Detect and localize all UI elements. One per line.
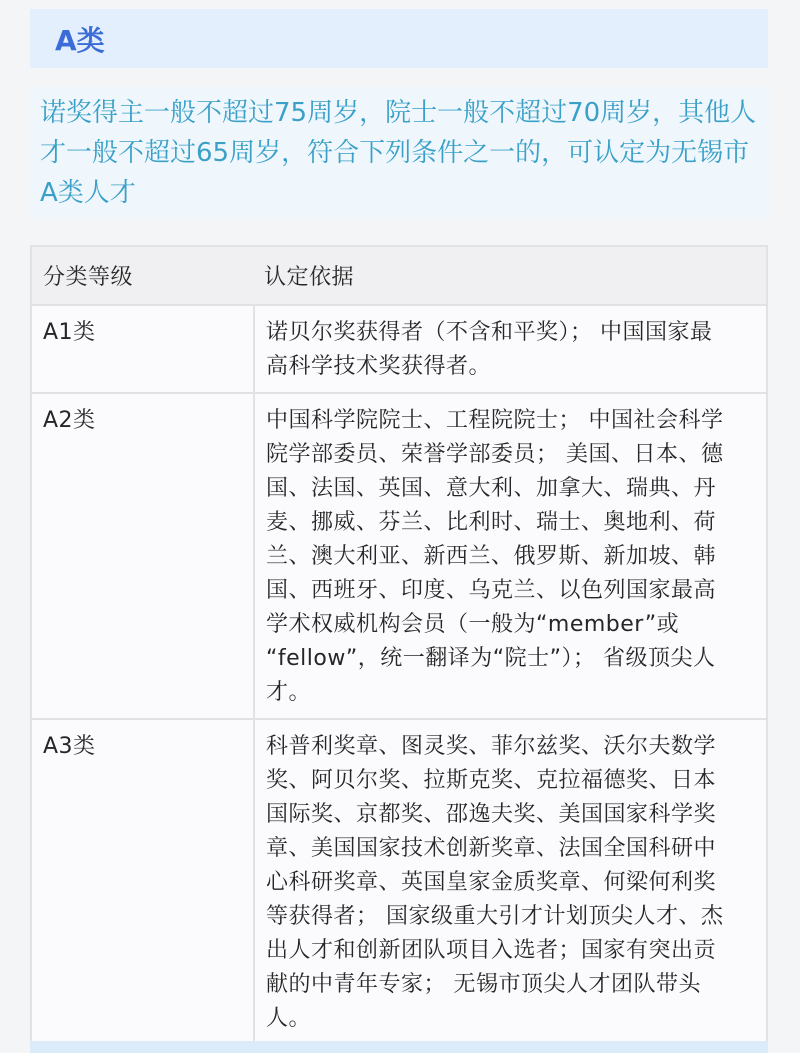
table-row-a3: A3类 科普利奖章、图灵奖、菲尔兹奖、沃尔夫数学 奖、阿贝尔奖、拉斯克奖、克拉福… [32,718,766,1044]
next-section-header-partial [30,1041,768,1053]
section-a-title: A类 [55,19,105,59]
table-row-a2: A2类 中国科学院院士、工程院院士； 中国社会科学 院学部委员、荣誉学部委员； … [32,392,766,718]
section-a-header: A类 [30,9,768,68]
basis-cell-a3: 科普利奖章、图灵奖、菲尔兹奖、沃尔夫数学 奖、阿贝尔奖、拉斯克奖、克拉福德奖、日… [253,720,766,1044]
basis-cell-a1: 诺贝尔奖获得者（不含和平奖）； 中国国家最 高科学技术奖获得者。 [253,306,766,392]
basis-cell-a2: 中国科学院院士、工程院院士； 中国社会科学 院学部委员、荣誉学部委员； 美国、日… [253,394,766,718]
level-cell-a2: A2类 [32,394,253,718]
page: A类 诺奖得主一般不超过75周岁，院士一般不超过70周岁，其他人 才一般不超过6… [0,0,800,1053]
classification-table: 分类等级 认定依据 A1类 诺贝尔奖获得者（不含和平奖）； 中国国家最 高科学技… [30,245,768,1046]
section-a-intro-text: 诺奖得主一般不超过75周岁，院士一般不超过70周岁，其他人 才一般不超过65周岁… [30,87,770,219]
table-header-row: 分类等级 认定依据 [32,247,766,304]
column-header-level: 分类等级 [32,247,253,304]
level-cell-a1: A1类 [32,306,253,392]
column-header-basis: 认定依据 [253,247,766,304]
level-cell-a3: A3类 [32,720,253,1044]
table-row-a1: A1类 诺贝尔奖获得者（不含和平奖）； 中国国家最 高科学技术奖获得者。 [32,304,766,392]
